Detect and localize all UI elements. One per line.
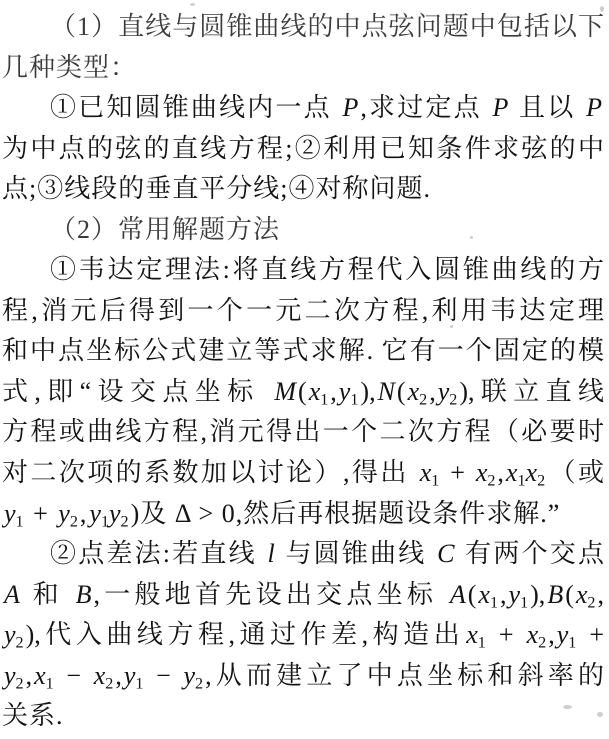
math-variable: x1 (307, 377, 331, 406)
text-line-14: ②点差法:若直线 l 与圆锥曲线 C 有两个交点 (2, 534, 604, 575)
text-line-3: ①已知圆锥曲线内一点 P,求过定点 P 且以 P (2, 88, 604, 129)
text-line-15: A 和 B,一般地首先设出交点坐标 A(x1,y1),B(x2, (2, 575, 604, 616)
text-line-4: 为中点的弦的直线方程;②利用已知条件求弦的中 (2, 129, 604, 170)
math-variable: y1 (507, 580, 531, 609)
math-variable: x2 (92, 661, 116, 690)
text-line-6: （2）常用解题方法 (2, 210, 604, 251)
text-line-12: 对二次项的系数加以讨论）,得出 x1 + x2,x1x2（或 (2, 453, 604, 494)
text-line-2: 几种类型： (2, 48, 604, 89)
math-variable: y1 (555, 620, 579, 649)
scan-speck (470, 236, 473, 239)
math-variable: P (584, 93, 604, 122)
math-variable: l (266, 539, 277, 568)
text-line-7: ①韦达定理法:将直线方程代入圆锥曲线的方 (2, 250, 604, 291)
scan-speck (450, 325, 453, 328)
text-line-5: 点;③线段的垂直平分线;④对称问题. (2, 169, 604, 210)
math-variable: y2 (182, 661, 206, 690)
math-variable: x1x2 (504, 458, 547, 487)
math-variable: N (376, 377, 397, 406)
text-line-17: y2,x1 − x2,y1 − y2,从而建立了中点坐标和斜率的 (2, 656, 604, 697)
math-variable: B (74, 580, 94, 609)
math-variable: y1 (337, 377, 361, 406)
scan-speck (190, 3, 195, 6)
text-line-10: 式,即“设交点坐标 M(x1,y1),N(x2,y2),联立直线 (2, 372, 604, 413)
math-variable: y2 (2, 620, 26, 649)
math-variable: P (490, 93, 510, 122)
math-variable: C (435, 539, 456, 568)
math-variable: x2 (474, 458, 498, 487)
text-line-18: 关系. (2, 696, 604, 737)
math-variable: M (272, 377, 298, 406)
math-variable: x1 (32, 661, 56, 690)
math-variable: y2 (436, 377, 460, 406)
math-variable: x2 (406, 377, 430, 406)
math-variable: y2 (56, 499, 80, 528)
text-line-16: y2),代入曲线方程,通过作差,构造出x1 + x2,y1 + (2, 615, 604, 656)
text-line-11: 方程或曲线方程,消元得出一个二次方程（必要时 (2, 412, 604, 453)
math-variable: A (448, 580, 468, 609)
textbook-page: （1）直线与圆锥曲线的中点弦问题中包括以下 几种类型： ①已知圆锥曲线内一点 P… (0, 0, 609, 739)
math-variable: y1y2 (87, 499, 130, 528)
math-variable: P (340, 93, 360, 122)
math-variable: x2 (574, 580, 598, 609)
math-variable: x1 (464, 620, 488, 649)
text-line-13: y1 + y2,y1y2)及 Δ > 0,然后再根据题设条件求解.” (2, 494, 604, 535)
math-variable: y2 (2, 661, 26, 690)
text-line-1: （1）直线与圆锥曲线的中点弦问题中包括以下 (2, 7, 604, 48)
text-line-8: 程,消元后得到一个一元二次方程,利用韦达定理 (2, 291, 604, 332)
scan-speck (563, 705, 572, 709)
math-variable: B (545, 580, 565, 609)
math-variable: x1 (476, 580, 500, 609)
math-variable: x2 (525, 620, 549, 649)
scan-speck (597, 712, 603, 717)
math-variable: y1 (122, 661, 146, 690)
math-variable: y1 (2, 499, 26, 528)
text-line-9: 和中点坐标公式建立等式求解. 它有一个固定的模 (2, 331, 604, 372)
math-variable: A (2, 580, 22, 609)
math-variable: x1 (418, 458, 442, 487)
scan-speck (600, 6, 604, 12)
